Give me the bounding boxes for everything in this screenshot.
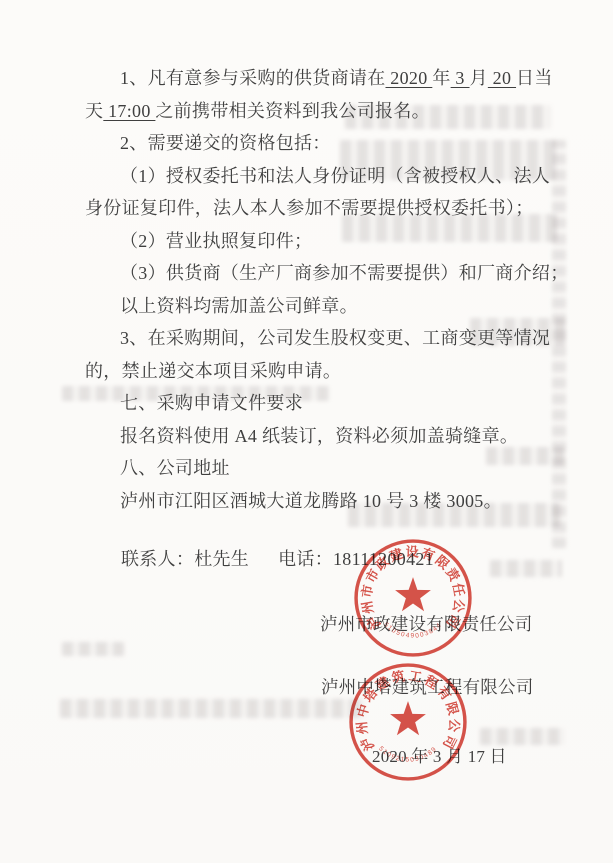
company-stamp-1: 泸州市市政建设有限责任公司 5105049003844: [352, 537, 474, 659]
document-page: 1、凡有意参与采购的供货商请在 2020 年 3 月 20 日当天 17:00 …: [0, 0, 613, 863]
text-line: 以上资料均需加盖公司鲜章。: [85, 290, 555, 323]
text-line: 身份证复印件，法人本人参加不需要提供授权委托书）；: [85, 192, 555, 225]
text-line: 报名资料使用 A4 纸装订，资料必须加盖骑缝章。: [85, 420, 555, 453]
underlined-value: 3: [451, 68, 470, 88]
text-segment: 年: [432, 68, 450, 88]
stamp-star-icon: [395, 577, 431, 611]
bleed-through-smudge: [60, 699, 365, 718]
text-segment: 报名资料使用 A4 纸装订，资料必须加盖骑缝章。: [120, 426, 518, 446]
text-segment: 的，禁止递交本项目采购申请。: [85, 361, 341, 381]
text-line: （1）授权委托书和法人身份证明（含被授权人、法人: [85, 160, 555, 193]
bleed-through-smudge: [490, 560, 562, 577]
text-segment: 日当: [516, 68, 553, 88]
contact-person: 联系人：杜先生: [121, 549, 249, 569]
company-stamp-2: 泸州中塔建筑工程有限公司 5109215030489: [347, 661, 469, 783]
text-segment: （2）营业执照复印件；: [120, 231, 312, 251]
underlined-value: 20: [488, 68, 516, 88]
text-segment: （1）授权委托书和法人身份证明（含被授权人、法人: [120, 166, 550, 186]
text-segment: （3）供货商（生产厂商参加不需要提供）和厂商介绍；: [120, 263, 569, 283]
underlined-value: 17:00: [103, 101, 155, 121]
text-line: 天 17:00 之前携带相关资料到我公司报名。: [85, 95, 555, 128]
text-segment: 泸州市江阳区酒城大道龙腾路 10 号 3 楼 3005。: [120, 491, 502, 511]
text-segment: 1、凡有意参与采购的供货商请在: [120, 68, 386, 88]
bleed-through-smudge: [62, 642, 124, 656]
stamp-code: 5109215030489: [377, 745, 438, 763]
text-segment: 之前携带相关资料到我公司报名。: [155, 101, 430, 121]
text-line: 1、凡有意参与采购的供货商请在 2020 年 3 月 20 日当: [85, 62, 555, 95]
document-body: 1、凡有意参与采购的供货商请在 2020 年 3 月 20 日当天 17:00 …: [85, 62, 555, 517]
text-line: （3）供货商（生产厂商参加不需要提供）和厂商介绍；: [85, 257, 555, 290]
text-segment: 天: [85, 101, 103, 121]
document-lines: 1、凡有意参与采购的供货商请在 2020 年 3 月 20 日当天 17:00 …: [85, 62, 555, 517]
text-segment: 七、采购申请文件要求: [120, 393, 303, 413]
svg-text:5109215030489: 5109215030489: [377, 745, 438, 763]
stamp-star-icon: [390, 701, 426, 735]
text-line: 七、采购申请文件要求: [85, 387, 555, 420]
text-line: （2）营业执照复印件；: [85, 225, 555, 258]
svg-text:5105049003844: 5105049003844: [382, 621, 443, 639]
stamp-code: 5105049003844: [382, 621, 443, 639]
text-line: 3、在采购期间，公司发生股权变更、工商变更等情况: [85, 322, 555, 355]
text-line: 八、公司地址: [85, 452, 555, 485]
underlined-value: 2020: [386, 68, 433, 88]
text-segment: 以上资料均需加盖公司鲜章。: [120, 296, 358, 316]
text-line: 的，禁止递交本项目采购申请。: [85, 355, 555, 388]
text-segment: 身份证复印件，法人本人参加不需要提供授权委托书）；: [85, 198, 534, 218]
text-segment: 八、公司地址: [120, 458, 230, 478]
text-segment: 3、在采购期间，公司发生股权变更、工商变更等情况: [120, 328, 550, 348]
text-line: 2、需要递交的资格包括：: [85, 127, 555, 160]
text-segment: 月: [470, 68, 488, 88]
text-line: 泸州市江阳区酒城大道龙腾路 10 号 3 楼 3005。: [85, 485, 555, 518]
text-segment: 2、需要递交的资格包括：: [120, 133, 331, 153]
